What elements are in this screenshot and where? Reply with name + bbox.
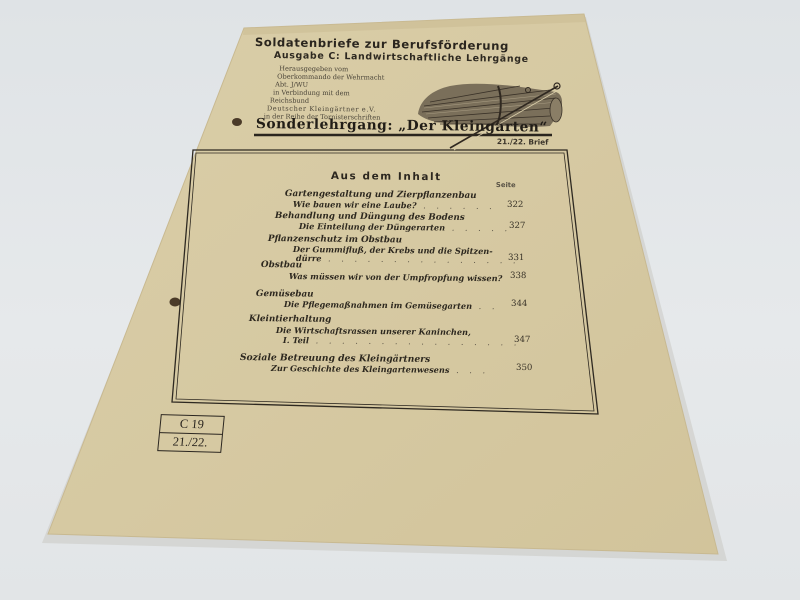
page-column-label: Seite (496, 181, 516, 189)
publisher-block: Herausgegeben vom Oberkommando der Wehrm… (259, 64, 385, 121)
toc-entry-heading: Obstbau (261, 260, 302, 270)
toc-entry-subtitle: Die Einteilung der Düngerarten . . . . . (299, 221, 511, 233)
toc-entry-subtitle-continued: dürre . . . . . . . . . . . . . . . (296, 253, 520, 265)
document-content: Soldatenbriefe zur Berufsförderung Ausga… (0, 0, 800, 600)
toc-entry-heading: Gemüsebau (256, 289, 314, 300)
toc-entry-subtitle-continued: I. Teil . . . . . . . . . . . . . . . . (283, 335, 521, 347)
toc-entry-page: 350 (516, 363, 533, 373)
toc-entry-page: 322 (507, 200, 524, 210)
toc-entry-subtitle: Wie bauen wir eine Laube? . . . . . . (293, 199, 496, 211)
course-title: Sonderlehrgang: „Der Kleingarten“ (256, 116, 548, 136)
toc-entry-page: 347 (514, 335, 531, 345)
toc-entry-page: 344 (511, 299, 528, 309)
issue-stamp-box: C 19 21./22. (157, 414, 225, 453)
toc-entry-subtitle: Die Pflegemaßnahmen im Gemüsegarten . . (284, 299, 499, 311)
toc-entry-page: 338 (510, 271, 527, 281)
stamp-code: C 19 (160, 415, 224, 434)
toc-entry-subtitle: Zur Geschichte des Kleingartenwesens . .… (271, 363, 489, 375)
toc-entry-heading: Kleintierhaltung (249, 314, 332, 325)
toc-entry-page: 327 (509, 221, 526, 231)
letter-number: 21./22. Brief (497, 137, 549, 147)
toc-entry-subtitle: Was müssen wir von der Umpfropfung wisse… (289, 271, 503, 283)
toc-entry-page: 331 (508, 253, 525, 263)
toc-title: Aus dem Inhalt (331, 170, 442, 183)
stamp-issue: 21./22. (158, 432, 222, 452)
